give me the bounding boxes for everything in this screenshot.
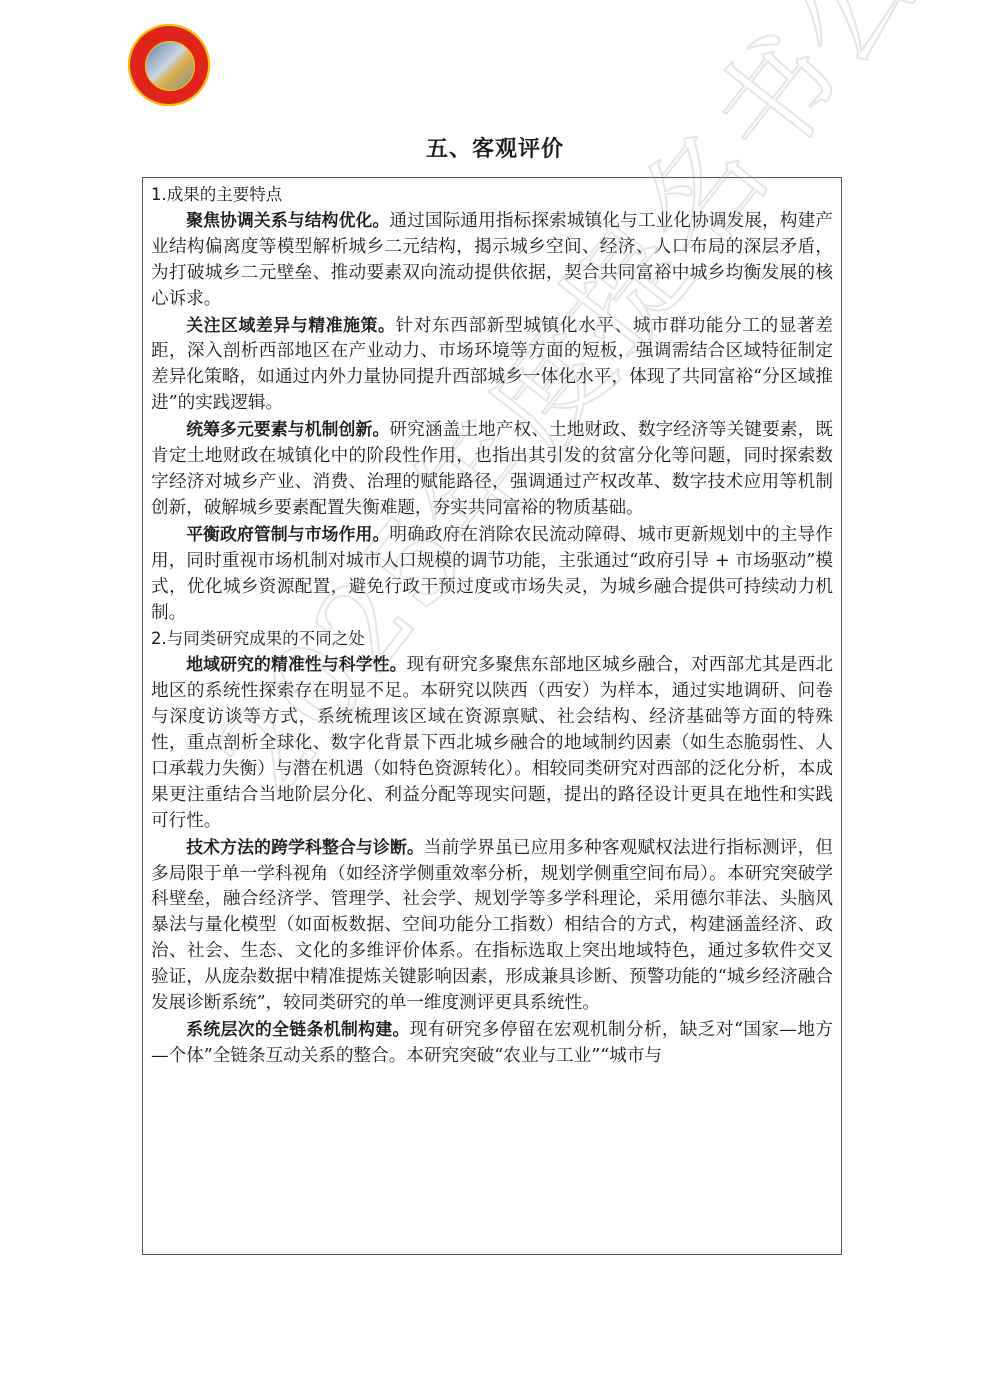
paragraph-lead: 聚焦协调关系与结构优化。 [186, 210, 389, 230]
paragraph-lead: 关注区域差异与精准施策。 [186, 315, 395, 335]
organization-seal-logo [128, 24, 210, 106]
paragraph-lead: 地域研究的精准性与科学性。 [186, 654, 406, 674]
paragraph-feature-3: 统筹多元要素与机制创新。研究涵盖土地产权、土地财政、数字经济等关键要素，既肯定土… [151, 417, 833, 522]
section-heading-2: 2.与同类研究成果的不同之处 [151, 626, 833, 652]
paragraph-difference-3: 系统层次的全链条机制构建。现有研究多停留在宏观机制分析，缺乏对“国家—地方—个体… [151, 1017, 833, 1070]
paragraph-feature-4: 平衡政府管制与市场作用。明确政府在消除农民流动障碍、城市更新规划中的主导作用，同… [151, 522, 833, 627]
paragraph-lead: 统筹多元要素与机制创新。 [186, 419, 389, 439]
paragraph-difference-2: 技术方法的跨学科整合与诊断。当前学界虽已应用多种客观赋权法进行指标测评，但多局限… [151, 835, 833, 1017]
section-heading-1: 1.成果的主要特点 [151, 182, 833, 208]
paragraph-body: 当前学界虽已应用多种客观赋权法进行指标测评，但多局限于单一学科视角（如经济学侧重… [151, 838, 833, 1013]
paragraph-lead: 平衡政府管制与市场作用。 [186, 524, 389, 544]
seal-emblem-icon [145, 41, 195, 91]
paragraph-feature-2: 关注区域差异与精准施策。针对东西部新型城镇化水平、城市群功能分工的显著差距，深入… [151, 313, 833, 418]
paragraph-difference-1: 地域研究的精准性与科学性。现有研究多聚焦东部地区城乡融合，对西部尤其是西北地区的… [151, 652, 833, 834]
paragraph-body: 现有研究多聚焦东部地区城乡融合，对西部尤其是西北地区的系统性探索存在明显不足。本… [151, 655, 833, 830]
paragraph-lead: 系统层次的全链条机制构建。 [186, 1019, 410, 1039]
evaluation-table-cell: 1.成果的主要特点 聚焦协调关系与结构优化。通过国际通用指标探索城镇化与工业化协… [142, 177, 842, 1255]
paragraph-feature-1: 聚焦协调关系与结构优化。通过国际通用指标探索城镇化与工业化协调发展，构建产业结构… [151, 208, 833, 313]
paragraph-lead: 技术方法的跨学科整合与诊断。 [186, 837, 424, 857]
page-title: 五、客观评价 [0, 132, 990, 163]
